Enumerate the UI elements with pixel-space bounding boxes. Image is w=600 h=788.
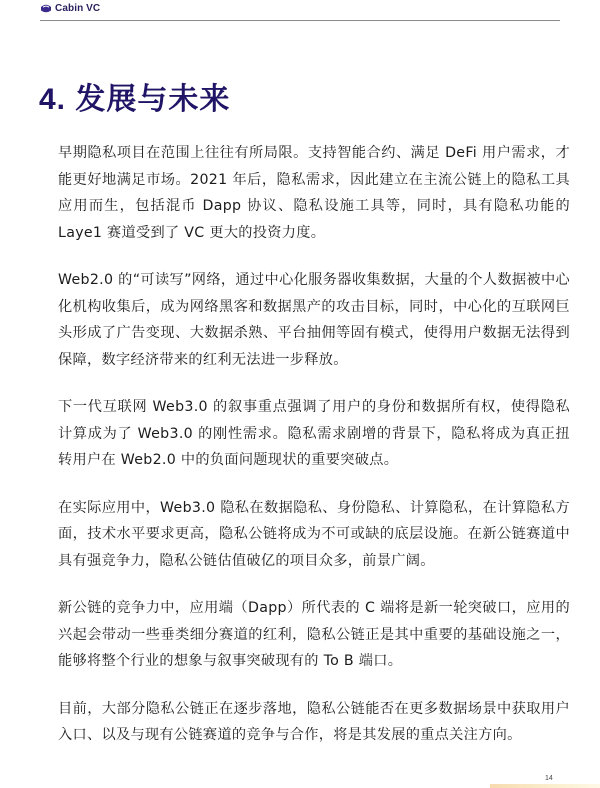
footer-accent-bar (490, 784, 600, 788)
section-body: 早期隐私项目在范围上往往有所局限。支持智能合约、满足 DeFi 用户需求，才能更… (58, 140, 570, 770)
paragraph-new-chain-competition: 新公链的竞争力中，应用端（Dapp）所代表的 C 端将是新一轮突破口，应用的兴起… (58, 595, 570, 675)
page-number: 14 (545, 775, 553, 782)
brand-name: Cabin VC (55, 3, 100, 14)
paragraph-current-status: 目前，大部分隐私公链正在逐步落地，隐私公链能否在更多数据场景中获取用户入口、以及… (58, 696, 570, 749)
paragraph-web3-narrative: 下一代互联网 Web3.0 的叙事重点强调了用户的身份和数据所有权，使得隐私计算… (58, 394, 570, 474)
brand-logo: Cabin VC (40, 2, 100, 14)
cabin-vc-logo-icon (40, 2, 52, 14)
paragraph-practical-application: 在实际应用中，Web3.0 隐私在数据隐私、身份隐私、计算隐私，在计算隐私方面，… (58, 495, 570, 575)
paragraph-web2-issues: Web2.0 的“可读写”网络，通过中心化服务器收集数据，大量的个人数据被中心化… (58, 267, 570, 373)
paragraph-early-privacy: 早期隐私项目在范围上往往有所局限。支持智能合约、满足 DeFi 用户需求，才能更… (58, 140, 570, 246)
header-divider (40, 20, 560, 21)
page-footer (0, 783, 600, 788)
section-title: 4. 发展与未来 (39, 74, 230, 118)
page-header: Cabin VC (40, 0, 560, 21)
